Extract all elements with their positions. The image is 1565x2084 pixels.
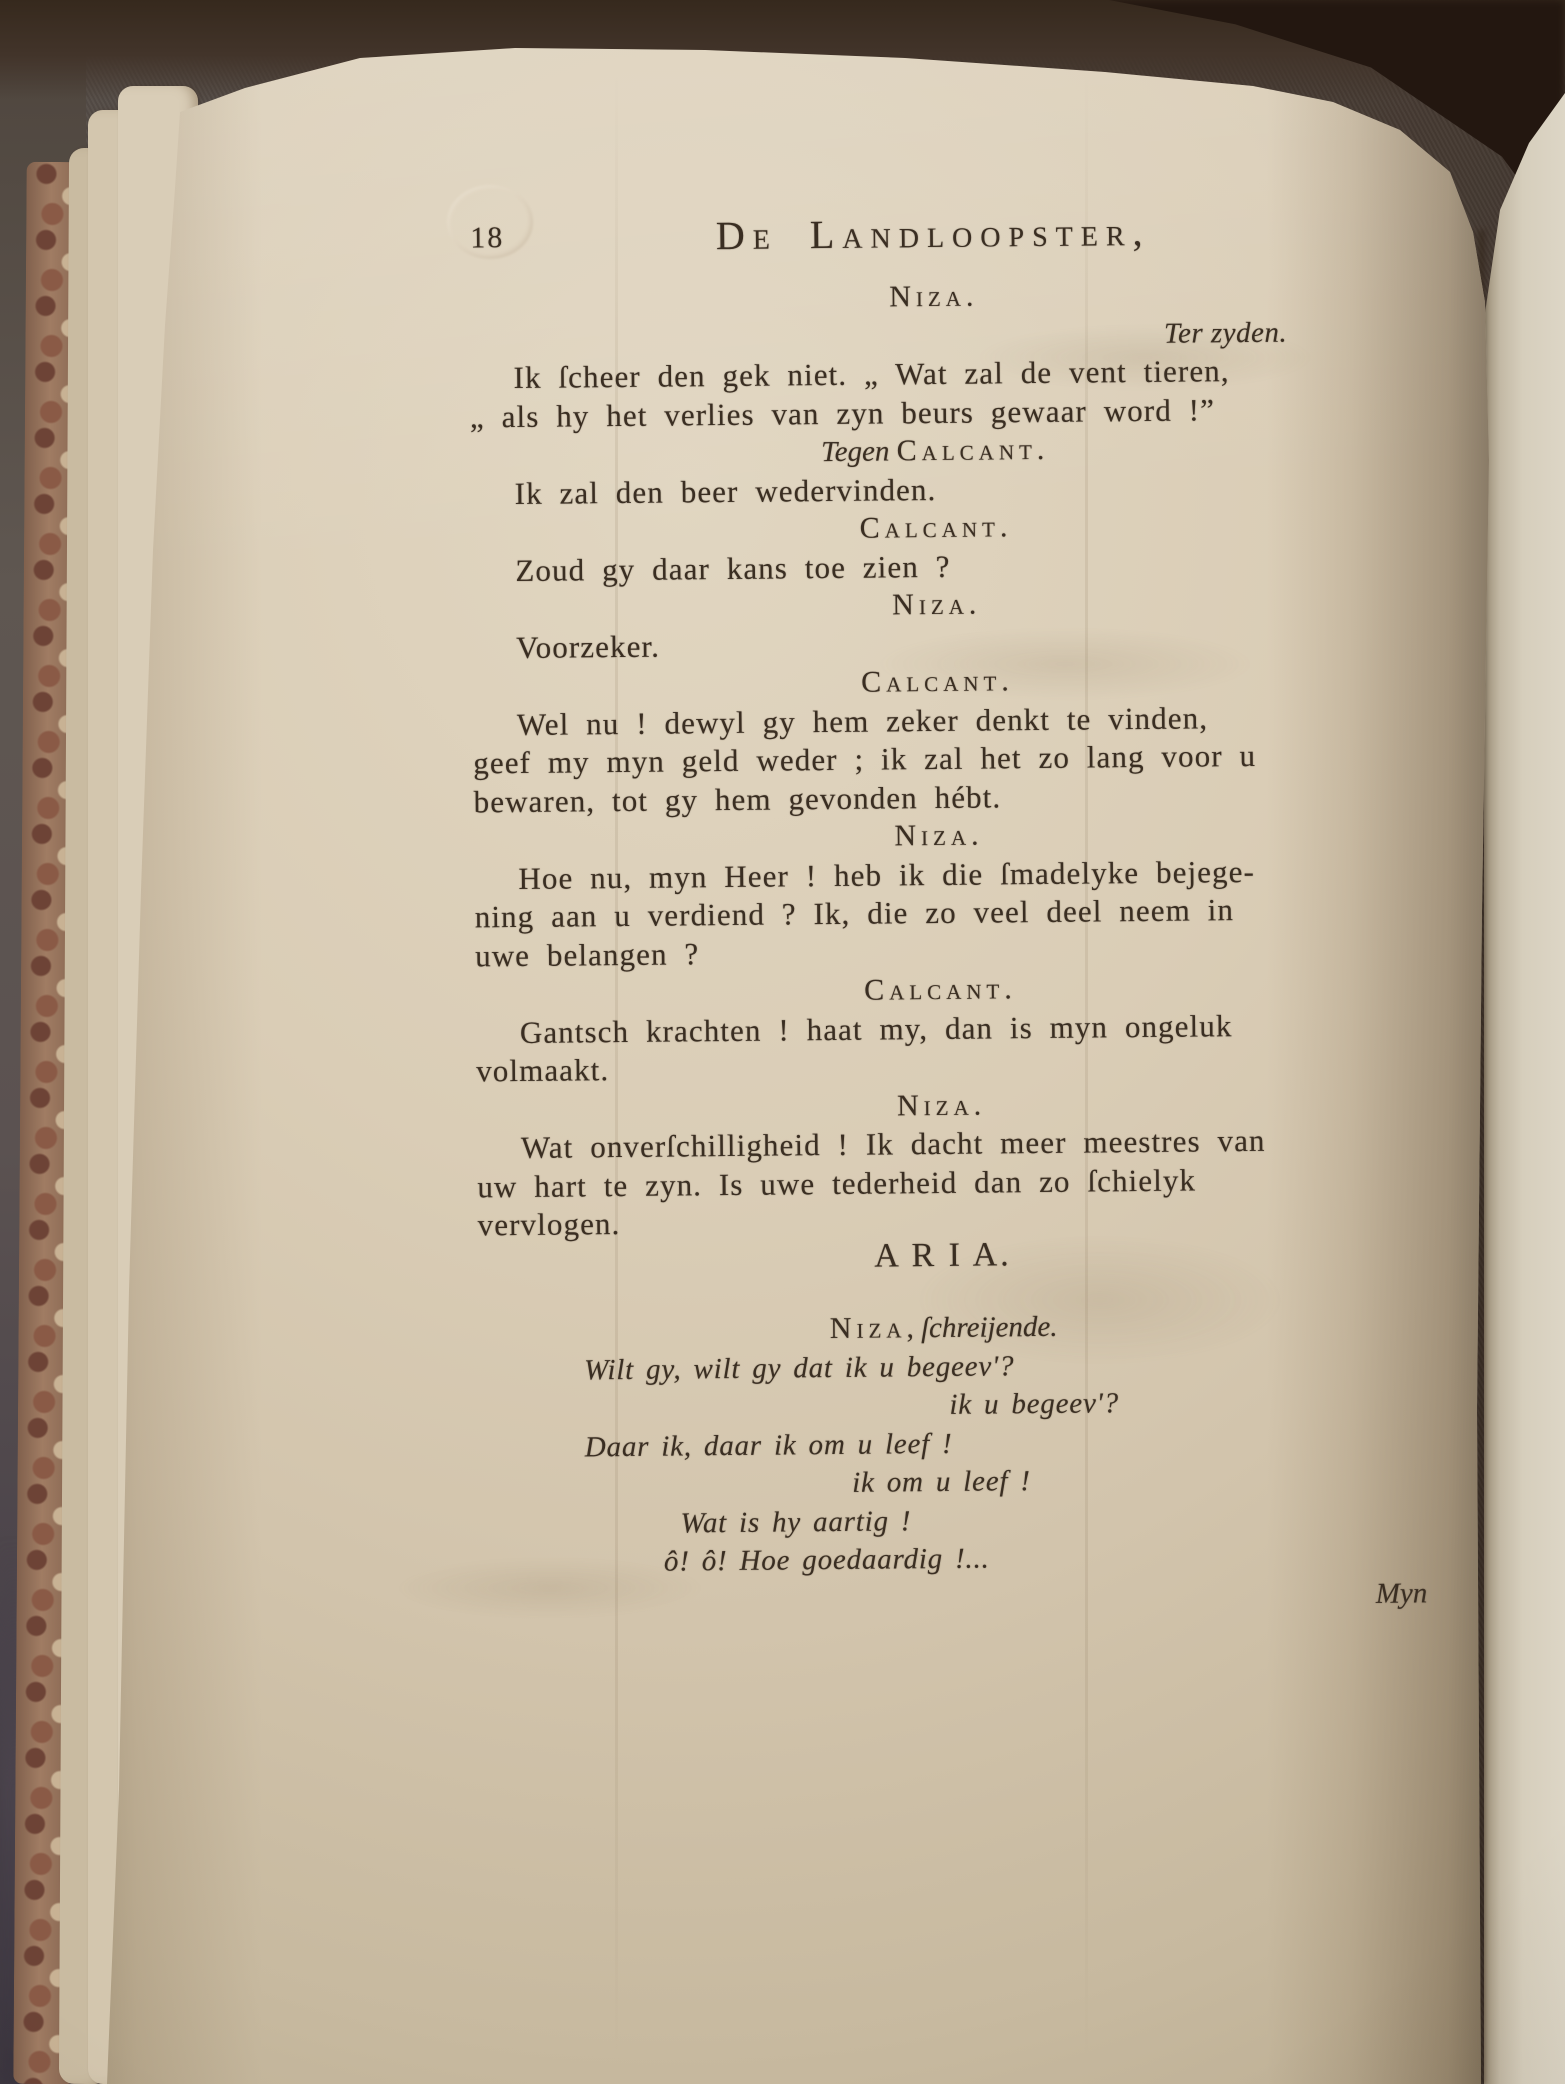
page-header: 18 De Landloopster, xyxy=(468,208,1398,261)
speaker-name-part: Calcant. xyxy=(897,433,1050,467)
page-text: 18 De Landloopster, Niza.Ter zyden.Ik ſc… xyxy=(468,208,1411,1622)
speaker-name-part: Tegen xyxy=(821,435,897,468)
photo-of-book-page: 18 De Landloopster, Niza.Ter zyden.Ik ſc… xyxy=(0,0,1565,2084)
speaker-name-part: ſchreijende. xyxy=(921,1311,1058,1344)
facing-page-edge xyxy=(1484,55,1565,2084)
speaker-name-part: , xyxy=(906,1312,921,1344)
text-lines-container: Niza.Ter zyden.Ik ſcheer den gek niet. „… xyxy=(469,274,1412,1622)
book-page: 18 De Landloopster, Niza.Ter zyden.Ik ſc… xyxy=(95,30,1490,2084)
running-title: De Landloopster, xyxy=(468,208,1398,261)
speaker-name-part: Niza xyxy=(830,1311,907,1345)
